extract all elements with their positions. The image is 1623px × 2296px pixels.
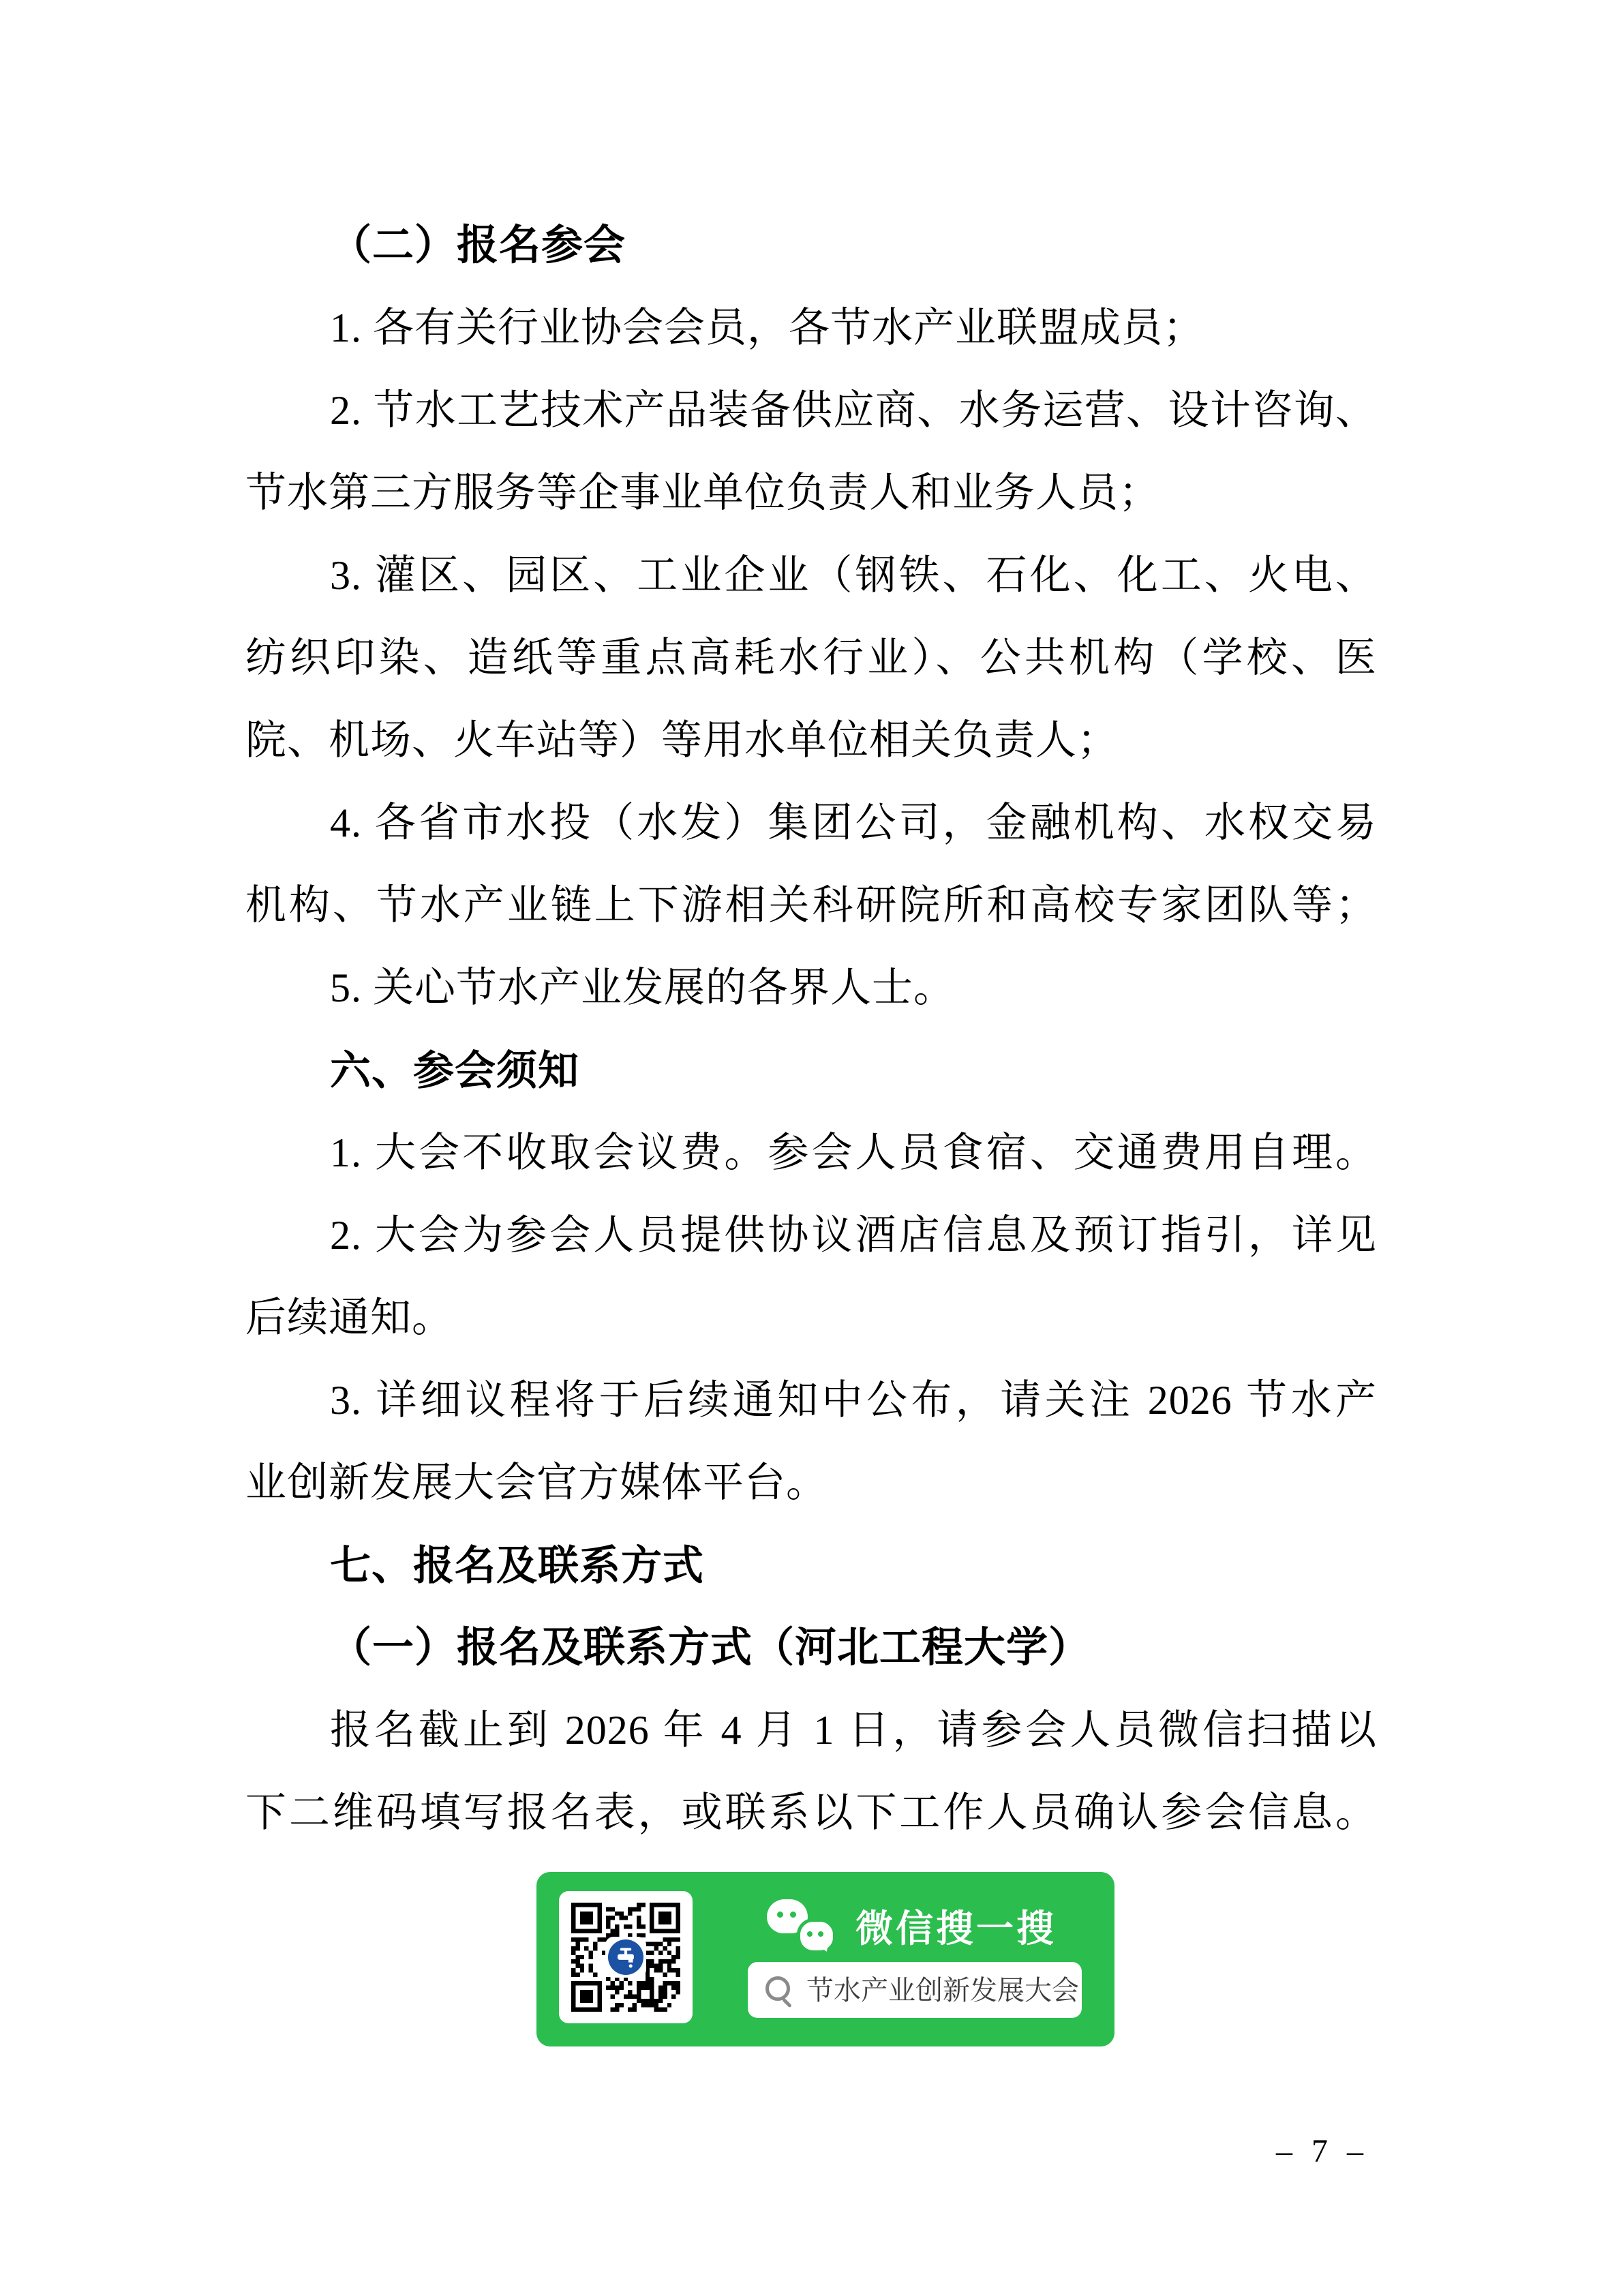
wechat-logo-icon (767, 1899, 842, 1958)
search-pill: 节水产业创新发展大会 (748, 1962, 1082, 2018)
paragraph-line: 1. 大会不收取会议费。参会人员食宿、交通费用自理。 (245, 1112, 1377, 1194)
paragraph-line: 报名截止到 2026 年 4 月 1 日，请参会人员微信扫描以 (245, 1689, 1377, 1772)
paragraph-line: 节水第三方服务等企事业单位负责人和业务人员； (245, 452, 1377, 534)
paragraph-line: 2. 大会为参会人员提供协议酒店信息及预订指引，详见 (245, 1194, 1377, 1277)
section-heading-registration: （二）报名参会 (245, 205, 1377, 287)
subsection-heading-contact: （一）报名及联系方式（河北工程大学） (245, 1607, 1377, 1689)
search-icon (765, 1976, 790, 2001)
paragraph-line: 下二维码填写报名表，或联系以下工作人员确认参会信息。 (245, 1772, 1377, 1854)
section-heading-notes: 六、参会须知 (245, 1029, 1377, 1112)
paragraph-line: 5. 关心节水产业发展的各界人士。 (245, 947, 1377, 1029)
paragraph-line: 纺织印染、造纸等重点高耗水行业）、公共机构（学校、医 (245, 617, 1377, 699)
paragraph-line: 院、机场、火车站等）等用水单位相关负责人； (245, 699, 1377, 782)
paragraph-line: 4. 各省市水投（水发）集团公司，金融机构、水权交易 (245, 782, 1377, 864)
paragraph-line: 2. 节水工艺技术产品装备供应商、水务运营、设计咨询、 (245, 369, 1377, 452)
document-body: （二）报名参会 1. 各有关行业协会会员，各节水产业联盟成员； 2. 节水工艺技… (245, 205, 1377, 1854)
paragraph-line: 3. 详细议程将于后续通知中公布，请关注 2026 节水产 (245, 1359, 1377, 1442)
wechat-search-banner: 微信搜一搜 节水产业创新发展大会 (536, 1872, 1114, 2046)
water-tap-logo-icon (605, 1937, 646, 1978)
paragraph-line: 后续通知。 (245, 1277, 1377, 1359)
faucet-icon (613, 1945, 638, 1969)
paragraph-line: 1. 各有关行业协会会员，各节水产业联盟成员； (245, 287, 1377, 369)
wechat-search-label: 微信搜一搜 (855, 1907, 1057, 1950)
qr-code-box (559, 1891, 693, 2023)
page-number: – 7 – (1276, 2132, 1369, 2170)
paragraph-line: 业创新发展大会官方媒体平台。 (245, 1442, 1377, 1524)
paragraph-line: 3. 灌区、园区、工业企业（钢铁、石化、化工、火电、 (245, 534, 1377, 617)
document-page: （二）报名参会 1. 各有关行业协会会员，各节水产业联盟成员； 2. 节水工艺技… (0, 0, 1623, 2296)
search-keyword-text: 节水产业创新发展大会 (806, 1962, 1079, 2018)
wechat-bubble-small (797, 1918, 836, 1954)
section-heading-contact: 七、报名及联系方式 (245, 1524, 1377, 1607)
paragraph-line: 机构、节水产业链上下游相关科研院所和高校专家团队等； (245, 864, 1377, 947)
